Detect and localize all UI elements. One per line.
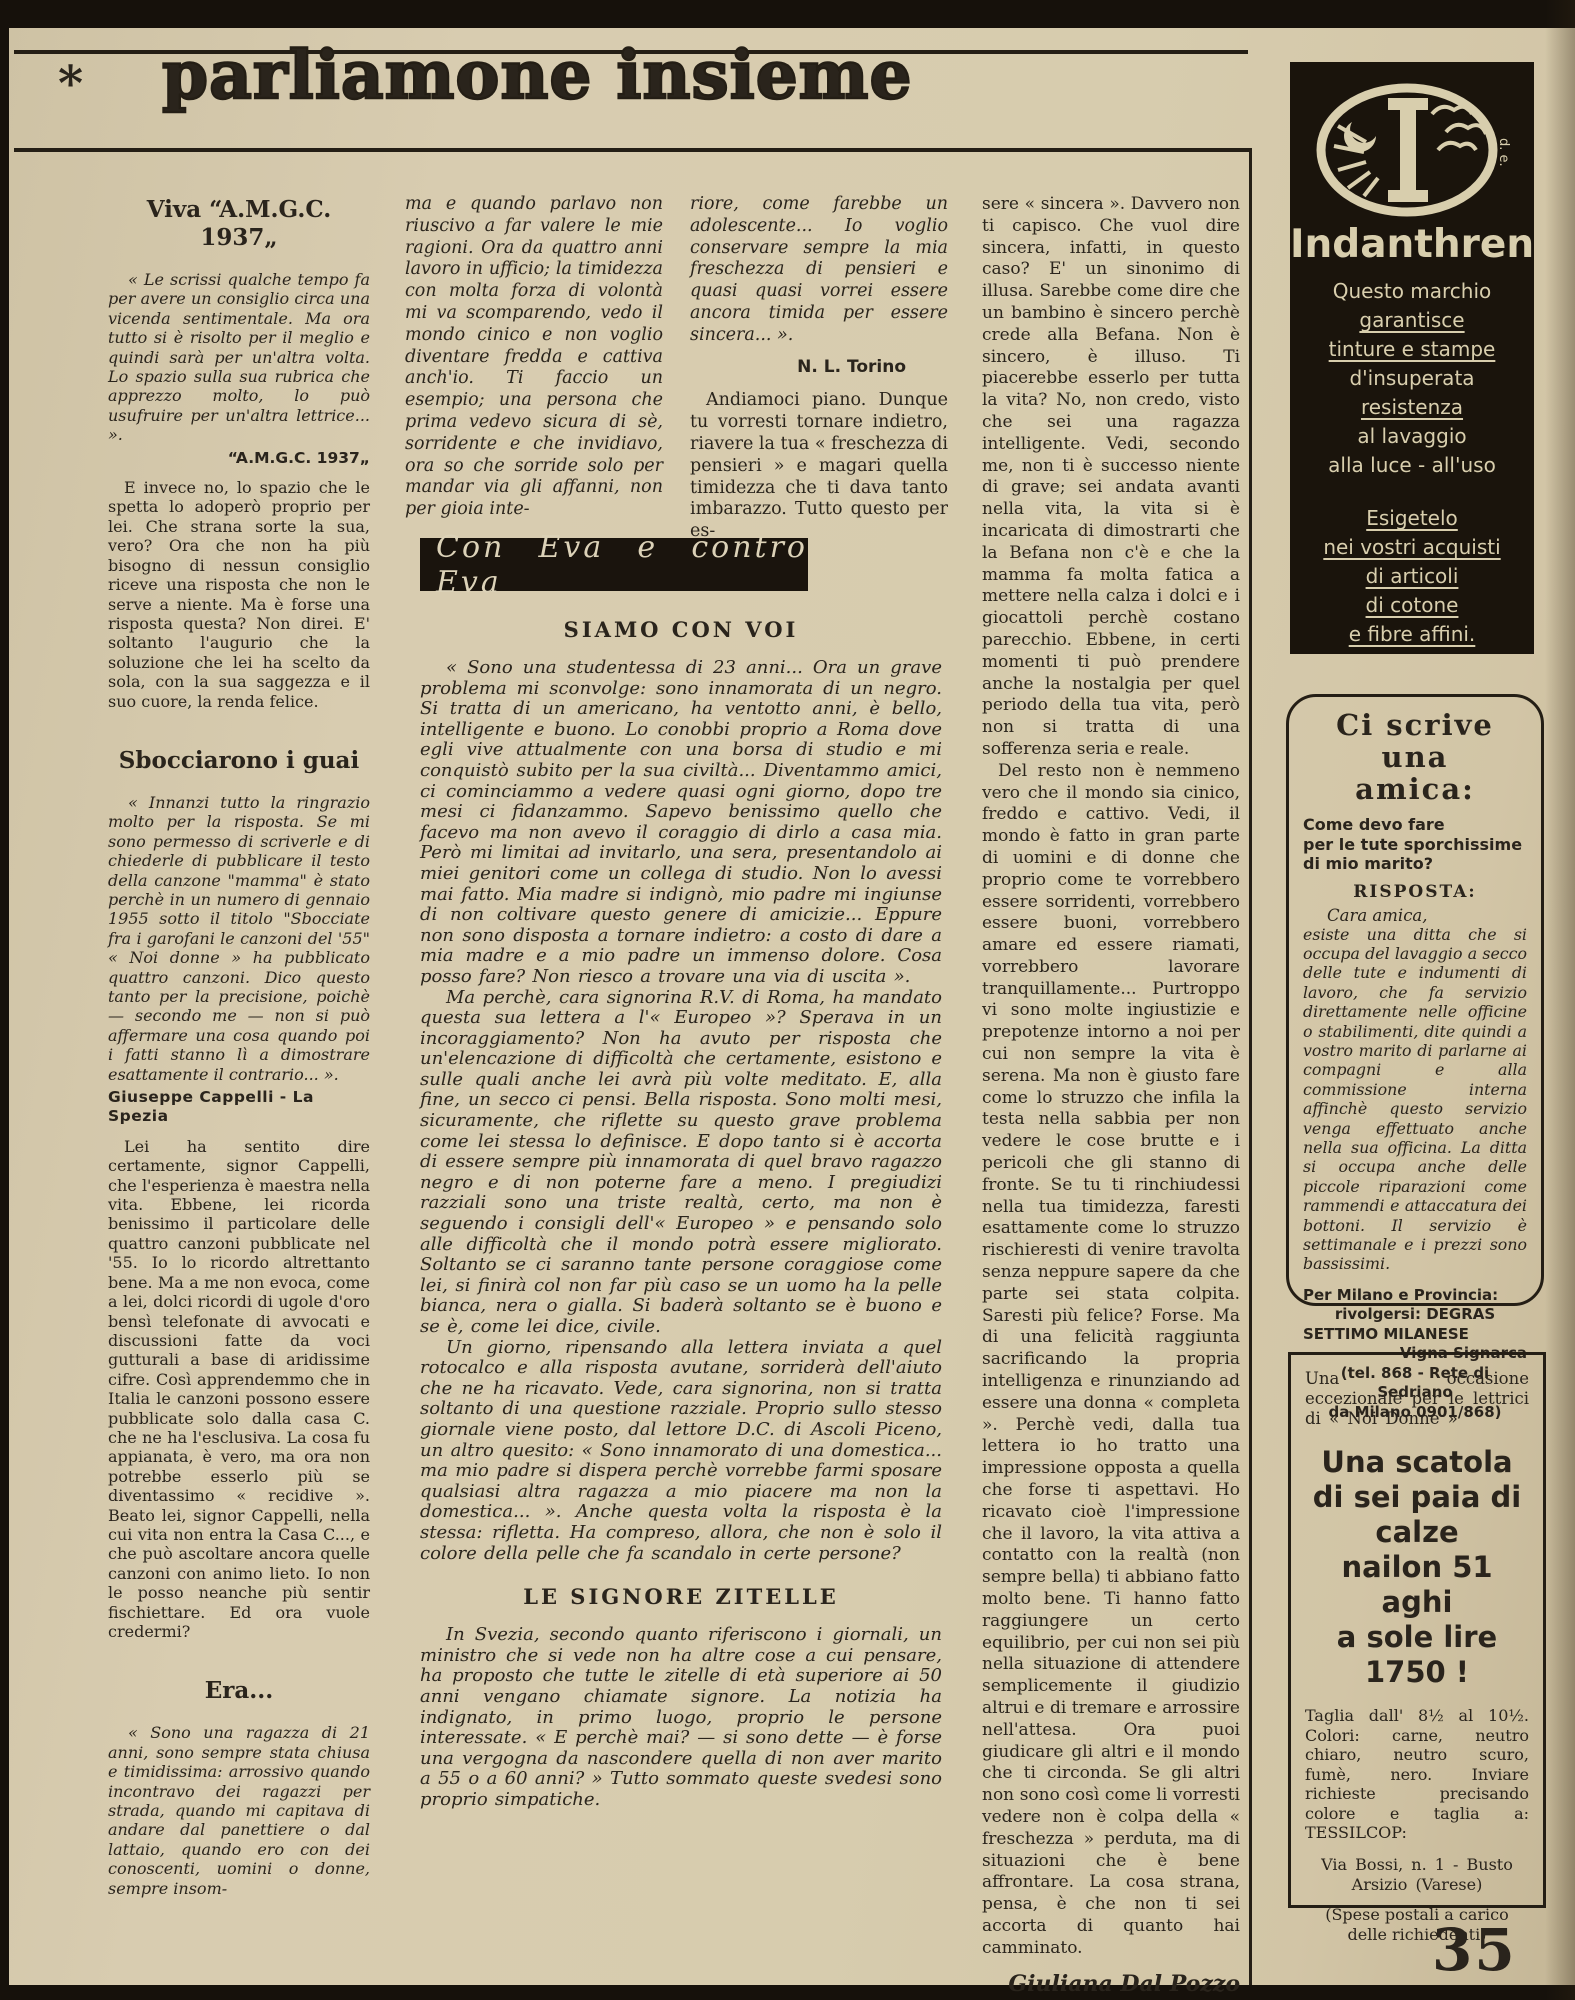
reply-start: Andiamoci piano. Dunque tu vorresti torn… bbox=[690, 390, 948, 543]
signature-cappelli: Giuseppe Cappelli - La Spezia bbox=[108, 1088, 370, 1127]
heading-siamo-con-voi: SIAMO CON VOI bbox=[420, 617, 942, 642]
page-edge-top bbox=[0, 0, 1575, 28]
offer-headline-line: a sole lire 1750 ! bbox=[1305, 1620, 1529, 1690]
page-edge-left bbox=[0, 0, 9, 2000]
ad-line: tinture e stampe bbox=[1290, 335, 1534, 364]
amica-contact-line: Per Milano e Provincia: bbox=[1303, 1286, 1527, 1306]
signature-nl-torino: N. L. Torino bbox=[690, 357, 906, 379]
ad-line: d'insuperata bbox=[1290, 364, 1534, 393]
letter-end: riore, come farebbe un adolescente... Io… bbox=[690, 194, 948, 347]
heading-viva-amgc: Viva “A.M.G.C. 1937„ bbox=[108, 196, 370, 252]
offer-details: Taglia dall' 8½ al 10½. Colori: carne, n… bbox=[1305, 1706, 1529, 1843]
signature-giuliana-dal-pozzo: Giuliana Dal Pozzo bbox=[982, 1974, 1240, 1996]
main-content-right-rule bbox=[1249, 148, 1252, 1985]
reply-continuation-1: sere « sincera ». Davvero non ti capisco… bbox=[982, 194, 1240, 761]
amica-question-line: di mio marito? bbox=[1303, 854, 1527, 874]
letter-continuation: ma e quando parlavo non riuscivo a far v… bbox=[405, 194, 663, 521]
eva-reply-2: Un giorno, ripensando alla lettera invia… bbox=[420, 1338, 942, 1565]
amica-question-line: Come devo fare bbox=[1303, 815, 1527, 835]
con-eva-banner: Con Eva e contro Eva bbox=[420, 538, 808, 591]
offer-address-line: Arsizio (Varese) bbox=[1305, 1875, 1529, 1895]
heading-era: Era... bbox=[108, 1677, 370, 1705]
indanthren-ad: d. e. Indanthren Questo marchio garantis… bbox=[1290, 62, 1534, 654]
offer-headline-line: di sei paia di calze bbox=[1305, 1480, 1529, 1550]
amica-contact-line: rivolgersi: DEGRAS bbox=[1303, 1305, 1527, 1325]
ad-line: di articoli bbox=[1290, 562, 1534, 591]
offer-address-line: Via Bossi, n. 1 - Busto bbox=[1305, 1855, 1529, 1875]
offer-headline-line: nailon 51 aghi bbox=[1305, 1550, 1529, 1620]
column-left: Viva “A.M.G.C. 1937„ « Le scrissi qualch… bbox=[108, 196, 370, 1898]
ad-line: Esigetelo bbox=[1290, 504, 1534, 533]
ad-line: resistenza bbox=[1290, 393, 1534, 422]
risposta-label: RISPOSTA: bbox=[1303, 882, 1527, 902]
offer-intro: Una occasione eccezionale per le lettric… bbox=[1305, 1369, 1529, 1429]
amica-title-line-2: amica: bbox=[1303, 773, 1527, 805]
calze-offer-box: Una occasione eccezionale per le lettric… bbox=[1288, 1352, 1546, 1908]
column-2: ma e quando parlavo non riuscivo a far v… bbox=[405, 194, 663, 521]
ad-line: Questo marchio bbox=[1290, 277, 1534, 306]
main-content-top-rule bbox=[14, 148, 1252, 152]
offer-headline-line: Una scatola bbox=[1305, 1445, 1529, 1480]
eva-letter: « Sono una studentessa di 23 anni... Ora… bbox=[420, 658, 942, 988]
column-3: riore, come farebbe un adolescente... Io… bbox=[690, 194, 948, 543]
page-title: parliamone insieme bbox=[162, 36, 913, 114]
con-eva-section: Con Eva e contro Eva SIAMO CON VOI « Son… bbox=[420, 538, 942, 1810]
page-edge-bottom bbox=[0, 1985, 1575, 2000]
reply-continuation-2: Del resto non è nemmeno vero che il mond… bbox=[982, 761, 1240, 1960]
reply-cappelli: Lei ha sentito dire certamente, signor C… bbox=[108, 1137, 370, 1642]
page-edge-right-shadow bbox=[1545, 0, 1575, 2000]
indanthren-brand: Indanthren bbox=[1290, 222, 1534, 267]
page-number: 35 bbox=[1432, 1916, 1517, 1984]
amica-title-line-1: Ci scrive una bbox=[1303, 709, 1527, 773]
amica-contact-line: SETTIMO MILANESE bbox=[1303, 1325, 1527, 1345]
eva-reply-1: Ma perchè, cara signorina R.V. di Roma, … bbox=[420, 988, 942, 1338]
letter-cappelli: « Innanzi tutto la ringrazio molto per l… bbox=[108, 793, 370, 1084]
asterisk-mark: * bbox=[58, 56, 83, 112]
zitelle-text: In Svezia, secondo quanto riferiscono i … bbox=[420, 1625, 942, 1810]
logo-mark-letters: d. e. bbox=[1496, 138, 1510, 167]
letter-era: « Sono una ragazza di 21 anni, sono semp… bbox=[108, 1723, 370, 1898]
amica-salutation: Cara amica, bbox=[1303, 906, 1527, 925]
letter-i-mark bbox=[1388, 98, 1428, 202]
indanthren-logo-icon: d. e. bbox=[1314, 80, 1510, 220]
column-right: sere « sincera ». Davvero non ti capisco… bbox=[982, 194, 1240, 1995]
amica-answer-text: esiste una ditta che si occupa del lavag… bbox=[1303, 925, 1527, 1274]
amica-question-line: per le tute sporchissime bbox=[1303, 835, 1527, 855]
ad-line: al lavaggio bbox=[1290, 422, 1534, 451]
heading-sbocciarono: Sbocciarono i guai bbox=[108, 747, 370, 775]
magazine-page: * parliamone insieme Viva “A.M.G.C. 1937… bbox=[0, 0, 1575, 2000]
ad-line: e fibre affini. bbox=[1290, 620, 1534, 649]
ad-line: di cotone bbox=[1290, 591, 1534, 620]
reply-amgc: E invece no, lo spazio che le spetta lo … bbox=[108, 478, 370, 711]
ad-line: garantisce bbox=[1290, 306, 1534, 335]
letter-amgc: « Le scrissi qualche tempo fa per avere … bbox=[108, 270, 370, 445]
ci-scrive-una-amica-box: Ci scrive una amica: Come devo fare per … bbox=[1286, 694, 1544, 1306]
heading-le-signore-zitelle: LE SIGNORE ZITELLE bbox=[420, 1584, 942, 1609]
ad-line: alla luce - all'uso bbox=[1290, 451, 1534, 480]
ad-line: nei vostri acquisti bbox=[1290, 533, 1534, 562]
signature-amgc: “A.M.G.C. 1937„ bbox=[108, 449, 370, 468]
